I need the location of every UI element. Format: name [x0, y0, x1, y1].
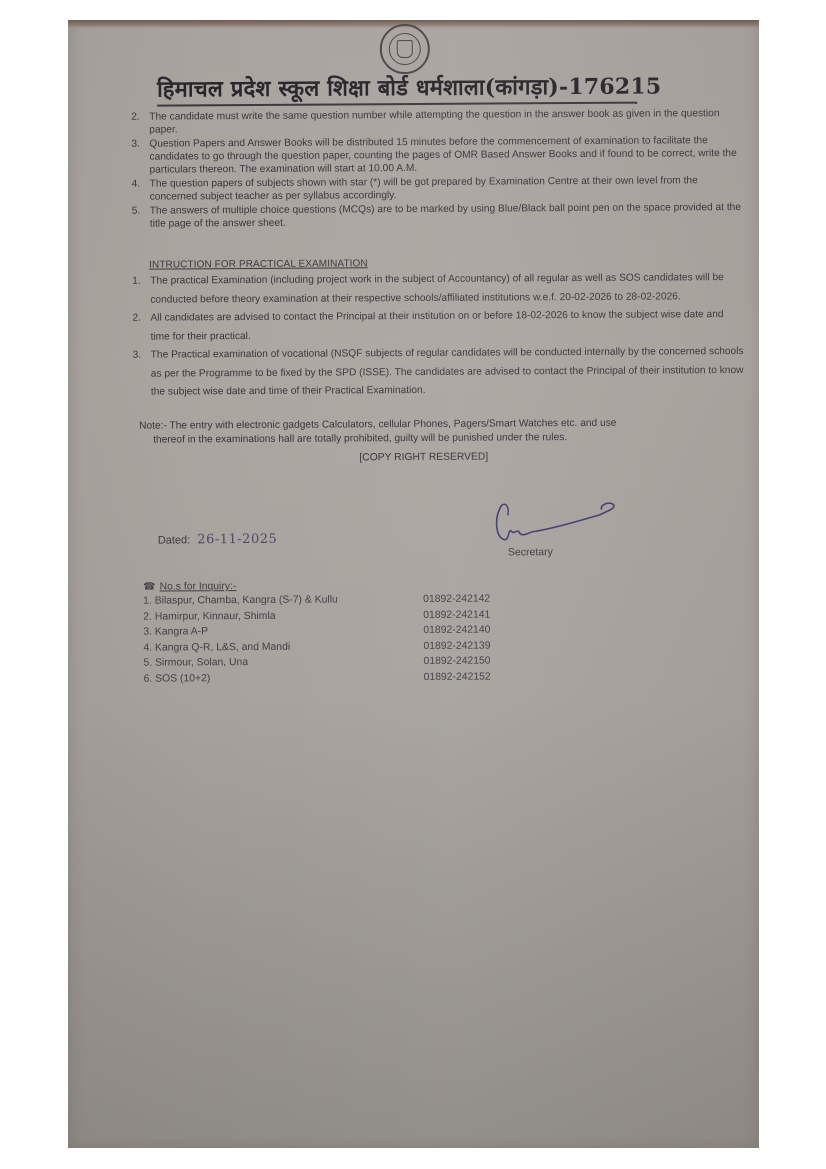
inquiry-phone: 01892-242152 [424, 669, 544, 685]
board-title: हिमाचल प्रदेश स्कूल शिक्षा बोर्ड धर्मशाल… [157, 71, 637, 107]
inquiry-region: 4. Kangra Q-R, L&S, and Mandi [143, 639, 423, 656]
practical-number: 3. [133, 347, 142, 366]
general-instructions: 2. The candidate must write the same que… [131, 107, 744, 232]
gadget-note: Note:- The entry with electronic gadgets… [139, 416, 751, 448]
instruction-item: 5. The answers of multiple choice questi… [132, 201, 744, 231]
instruction-number: 2. [131, 111, 140, 124]
practical-item: 3. The Practical examination of vocation… [133, 343, 745, 402]
emblem-shield [397, 40, 413, 58]
practical-text: The Practical examination of vocational … [151, 346, 744, 398]
practical-text: The practical Examination (including pro… [150, 272, 724, 305]
instruction-number: 5. [132, 205, 141, 218]
inquiry-contacts: ☎No.s for Inquiry:- 1. Bilaspur, Chamba,… [143, 579, 564, 687]
practical-number: 1. [132, 273, 141, 292]
practical-number: 2. [132, 310, 141, 329]
practical-section-heading: INTRUCTION FOR PRACTICAL EXAMINATION [149, 258, 368, 270]
inquiry-region: 6. SOS (10+2) [144, 670, 424, 687]
inquiry-phone: 01892-242139 [423, 638, 543, 654]
inquiry-region: 5. Sirmour, Solan, Una [144, 654, 424, 671]
dated-label: Dated: [158, 534, 190, 546]
dated-value: 26-11-2025 [197, 532, 277, 547]
document-content: हिमाचल प्रदेश स्कूल शिक्षा बोर्ड धर्मशाल… [68, 20, 759, 1148]
instruction-number: 4. [132, 178, 141, 191]
telephone-icon: ☎ [143, 582, 156, 593]
emblem-inner-ring [389, 33, 421, 65]
inquiry-phone: 01892-242150 [423, 654, 543, 670]
practical-item: 1. The practical Examination (including … [132, 269, 744, 310]
instruction-item: 4. The question papers of subjects shown… [132, 174, 744, 204]
inquiry-row: 6. SOS (10+2) 01892-242152 [144, 669, 564, 687]
practical-instructions: 1. The practical Examination (including … [132, 269, 745, 402]
signatory-title: Secretary [508, 546, 553, 558]
copyright-notice: [COPY RIGHT RESERVED] [69, 450, 759, 465]
inquiry-heading-text: No.s for Inquiry:- [160, 581, 237, 592]
inquiry-phone: 01892-242142 [423, 591, 543, 607]
dated-line: Dated: 26-11-2025 [158, 532, 278, 548]
practical-text: All candidates are advised to contact th… [150, 309, 723, 342]
instruction-number: 3. [131, 138, 140, 151]
inquiry-phone: 01892-242141 [423, 607, 543, 623]
inquiry-region: 1. Bilaspur, Chamba, Kangra (S-7) & Kull… [143, 592, 423, 609]
practical-item: 2. All candidates are advised to contact… [132, 306, 744, 347]
instruction-text: The question papers of subjects shown wi… [150, 175, 698, 202]
instruction-text: The answers of multiple choice questions… [150, 202, 741, 230]
document-page: हिमाचल प्रदेश स्कूल शिक्षा बोर्ड धर्मशाल… [68, 20, 759, 1148]
instruction-item: 2. The candidate must write the same que… [131, 107, 743, 137]
board-emblem-icon [380, 24, 430, 74]
note-line-2: thereof in the examinations hall are tot… [139, 430, 751, 448]
inquiry-region: 3. Kangra A-P [143, 623, 423, 640]
instruction-text: The candidate must write the same questi… [149, 108, 719, 135]
inquiry-phone: 01892-242140 [423, 622, 543, 638]
instruction-item: 3. Question Papers and Answer Books will… [131, 134, 743, 177]
signature-icon [490, 497, 620, 546]
instruction-text: Question Papers and Answer Books will be… [149, 135, 736, 175]
inquiry-region: 2. Hamirpur, Kinnaur, Shimla [143, 608, 423, 625]
